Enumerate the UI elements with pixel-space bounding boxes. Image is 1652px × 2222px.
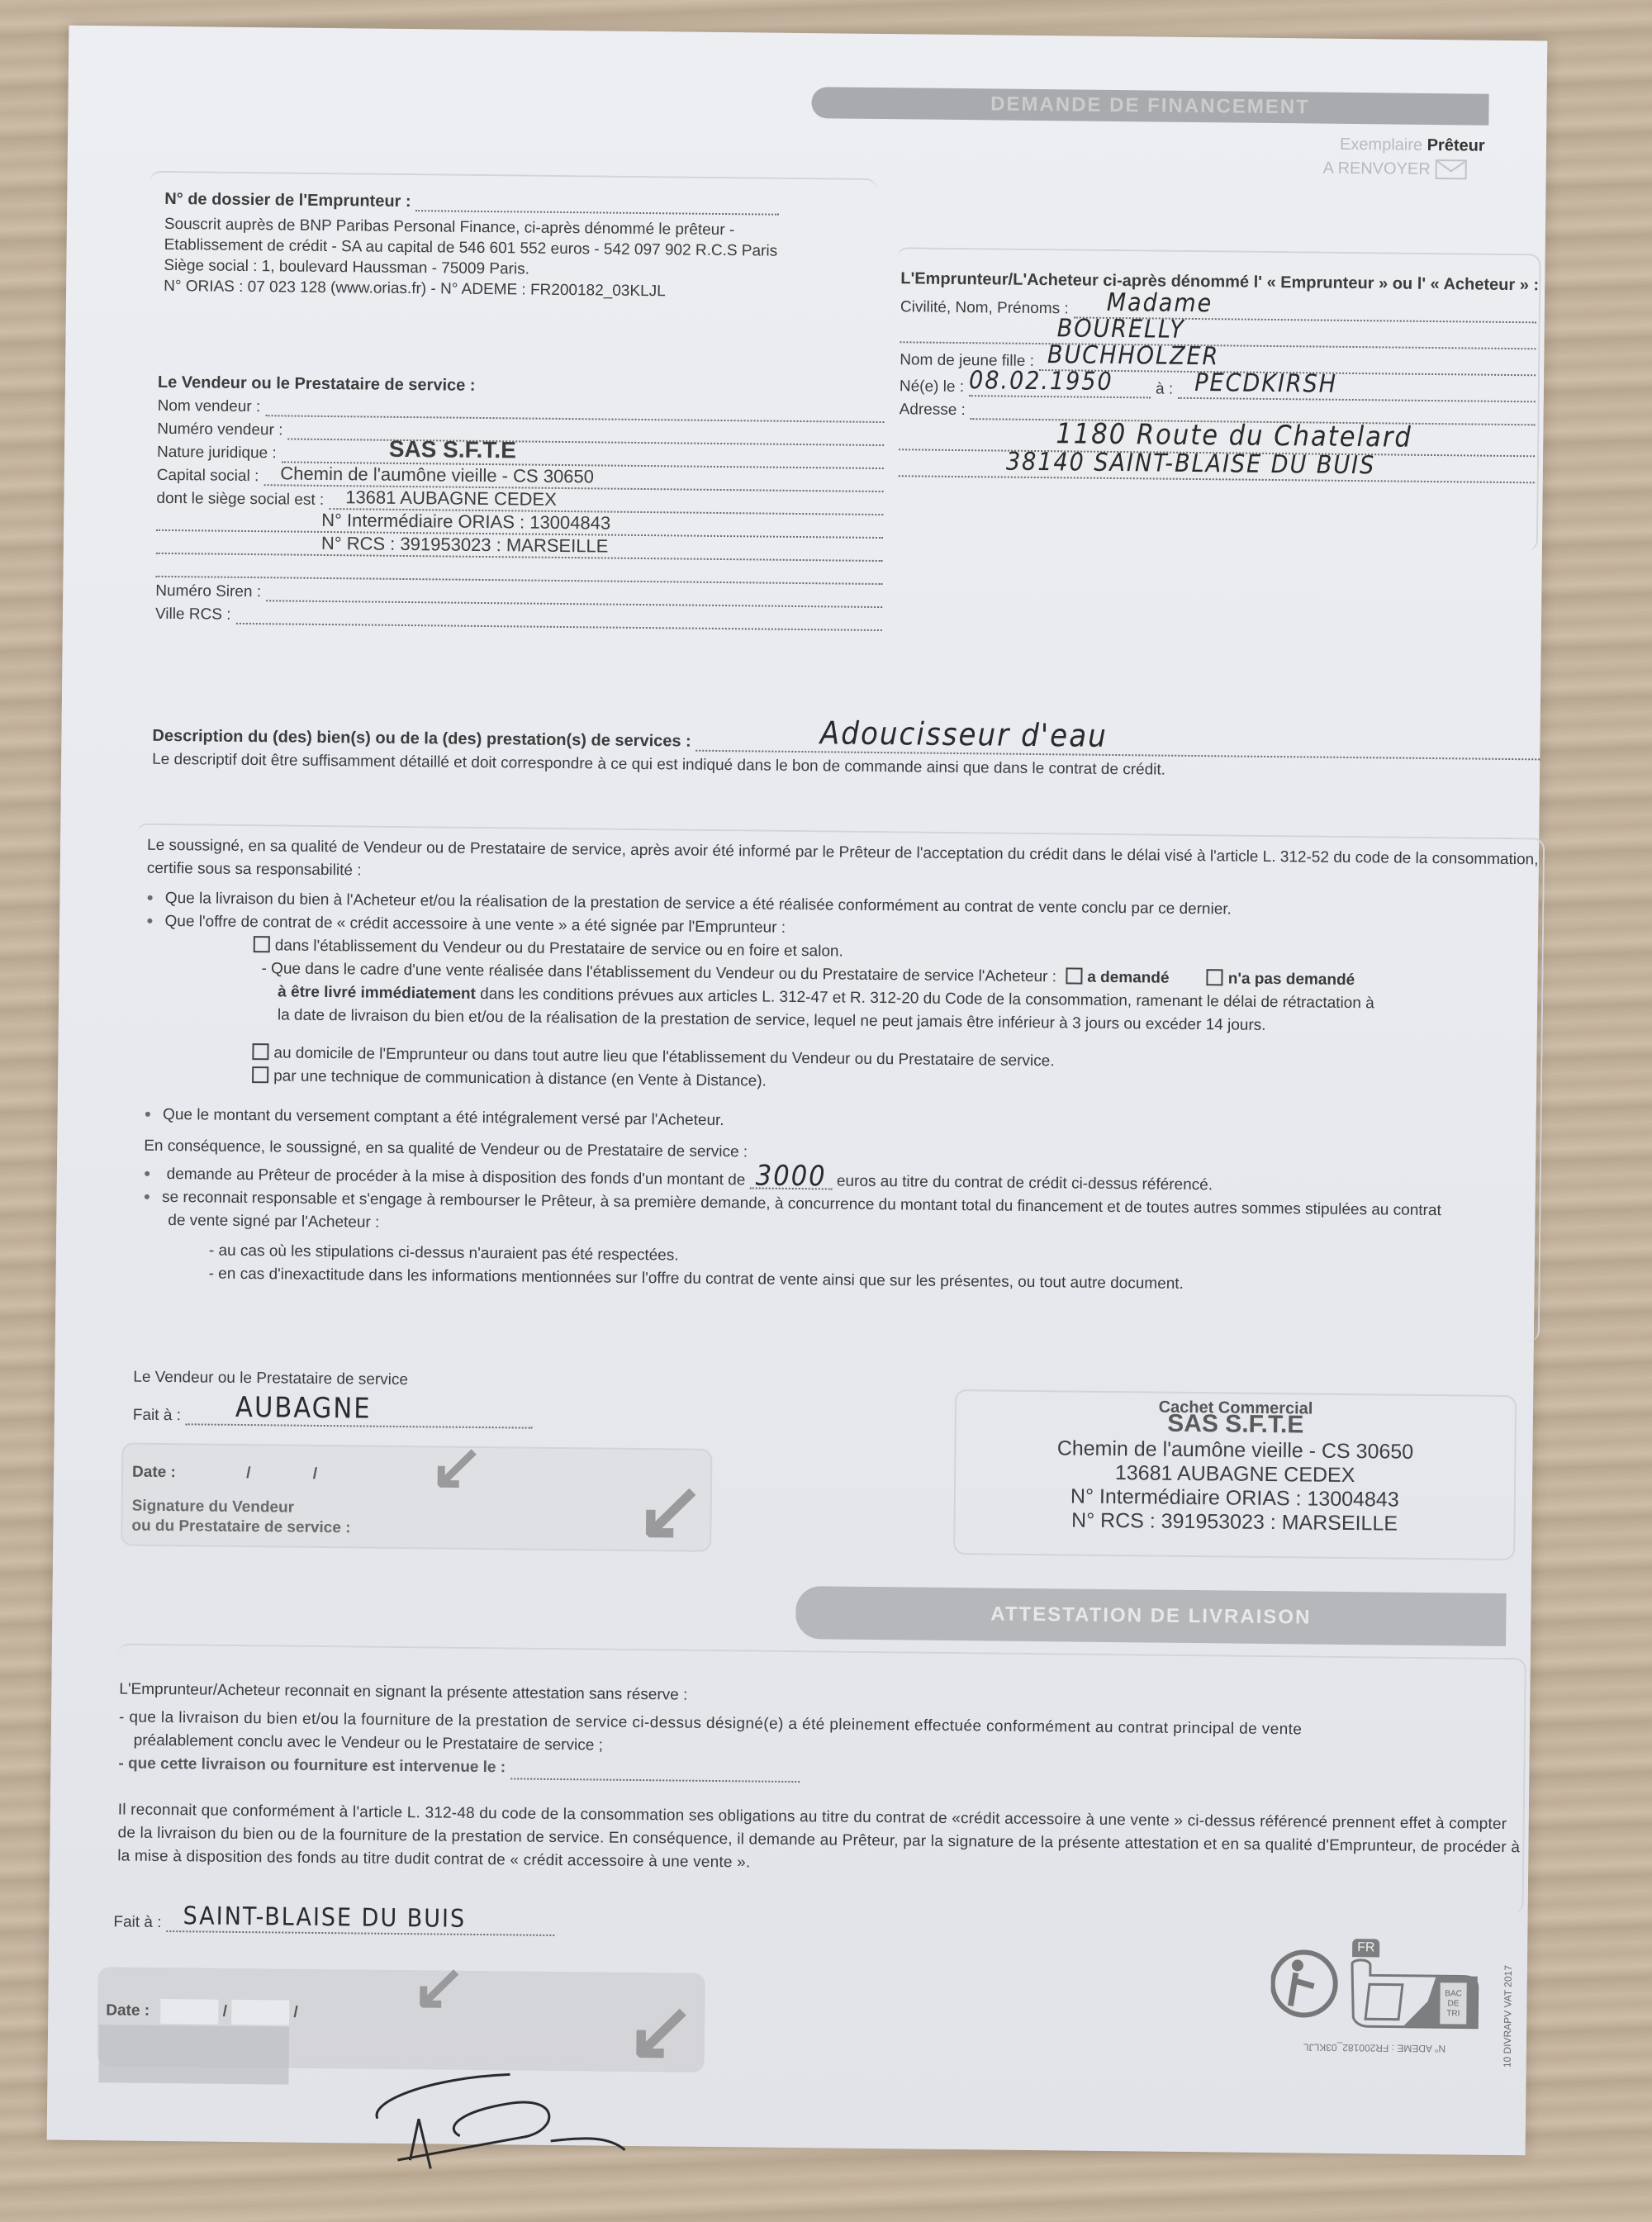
recycling-logos: FR BAC DE TRI	[1270, 1938, 1486, 2039]
checkbox-requested[interactable]	[1066, 967, 1082, 984]
title-bar: DEMANDE DE FINANCEMENT	[811, 87, 1488, 126]
arrow-down-left-icon: ↙	[626, 1989, 696, 2072]
description-block: Description du (des) bien(s) ou de la (d…	[152, 708, 1540, 784]
borrower-done-at-field[interactable]: SAINT-BLAISE DU BUIS	[166, 1902, 554, 1936]
lender-block: N° de dossier de l'Emprunteur : Souscrit…	[164, 190, 875, 304]
borrower-done-at: Fait à : SAINT-BLAISE DU BUIS	[113, 1901, 554, 1936]
seller-field-label: dont le siège social est :	[156, 490, 324, 510]
commercial-stamp: Cachet Commercial SAS S.F.T.E Chemin de …	[953, 1396, 1517, 1537]
checkbox-establishment[interactable]	[254, 936, 270, 952]
file-number-label: N° de dossier de l'Emprunteur :	[164, 190, 411, 211]
sorting-bin-icon: BAC DE TRI	[1440, 1989, 1466, 2019]
arrow-down-left-icon: ↙	[411, 1954, 466, 2019]
seller-field-label: Nom vendeur :	[158, 397, 261, 416]
birth-date-field[interactable]: 08.02.1950	[969, 366, 1151, 398]
seller-field-label: Numéro vendeur :	[157, 420, 282, 440]
seller-field-label: Numéro Siren :	[155, 582, 261, 601]
checkbox-distance[interactable]	[252, 1066, 268, 1083]
arrow-down-left-icon: ↙	[430, 1433, 484, 1498]
amount-field[interactable]: 3000	[750, 1164, 833, 1189]
birth-place-label: à :	[1156, 380, 1173, 398]
return-label: A RENVOYER	[1323, 159, 1467, 180]
date-separator: /	[246, 1465, 251, 1482]
seller-done-at-label: Fait à :	[133, 1407, 181, 1426]
shaded-block	[98, 2025, 289, 2084]
certification-block: Le soussigné, en sa qualité de Vendeur o…	[142, 834, 1543, 1300]
checkbox-home[interactable]	[252, 1043, 268, 1060]
borrower-signature	[360, 2069, 658, 2180]
signature-label-2: ou du Prestataire de service :	[131, 1517, 350, 1539]
description-label: Description du (des) bien(s) ou de la (d…	[152, 727, 691, 752]
seller-signature-block: Le Vendeur ou le Prestataire de service …	[133, 1369, 596, 1430]
birth-date-label: Né(e) le :	[900, 377, 964, 396]
return-text: A RENVOYER	[1323, 159, 1431, 178]
envelope-icon	[1436, 159, 1467, 179]
delivery-date-label: - que cette livraison ou fourniture est …	[118, 1752, 506, 1779]
delivery-date-field[interactable]	[510, 1778, 800, 1783]
request-suffix: euros au titre du contrat de crédit ci-d…	[837, 1173, 1213, 1194]
borrower-done-at-label: Fait à :	[113, 1913, 161, 1932]
borrower-block: L'Emprunteur/L'Acheteur ci-après dénommé…	[899, 269, 1537, 483]
option-not-requested-label: n'a pas demandé	[1228, 970, 1355, 989]
immediate-bold: à être livré immédiatement	[278, 983, 476, 1003]
form-code: 10 DIVRAPV VAT 2017	[1502, 1965, 1514, 2068]
file-number-field[interactable]	[415, 210, 779, 216]
birth-place-field[interactable]: PECDKIRSH	[1178, 368, 1536, 403]
borrower-date: Date : / /	[106, 1998, 298, 2025]
title-bar-text: DEMANDE DE FINANCEMENT	[990, 93, 1310, 119]
signature-label-1: Signature du Vendeur	[132, 1497, 351, 1519]
seller-heading: Le Vendeur ou le Prestataire de service …	[158, 373, 476, 395]
lender-info: Souscrit auprès de BNP Paribas Personal …	[164, 214, 875, 304]
delivery-paragraph: Il reconnait que conformément à l'articl…	[117, 1798, 1522, 1883]
seller-field-label: Ville RCS :	[155, 605, 231, 624]
delivery-title-bar: ATTESTATION DE LIVRAISON	[795, 1586, 1507, 1646]
arrow-down-left-icon: ↙	[635, 1469, 705, 1552]
option-requested-label: a demandé	[1087, 969, 1169, 987]
copy-label: Exemplaire Prêteur	[1340, 135, 1485, 156]
description-field[interactable]: Adoucisseur d'eau	[696, 714, 1540, 761]
seller-date: Date : / /	[132, 1464, 317, 1484]
copy-label-prefix: Exemplaire	[1340, 135, 1422, 154]
request-prefix: demande au Prêteur de procéder à la mise…	[167, 1166, 746, 1189]
delivery-block: L'Emprunteur/Acheteur reconnait en signa…	[117, 1678, 1523, 1883]
copy-label-lender: Prêteur	[1427, 136, 1485, 155]
delivery-title-text: ATTESTATION DE LIVRAISON	[990, 1602, 1311, 1629]
seller-done-at-field[interactable]: AUBAGNE	[186, 1390, 533, 1428]
seller-signature-heading: Le Vendeur ou le Prestataire de service	[133, 1369, 596, 1392]
certification-bullet: Que le montant du versement comptant a é…	[144, 1104, 1540, 1142]
seller-date-label: Date :	[132, 1464, 176, 1482]
seller-field-label: Nature juridique :	[157, 444, 277, 463]
date-separator: /	[293, 2004, 298, 2021]
document-page: DEMANDE DE FINANCEMENT Exemplaire Prêteu…	[47, 26, 1548, 2156]
ademe-footer: N° ADEME : FR200182_03KLJL	[1303, 2041, 1445, 2054]
seller-field-label: Capital social :	[157, 467, 259, 486]
seller-fields: Nom vendeur :Numéro vendeur :Nature juri…	[155, 392, 885, 631]
checkbox-not-requested[interactable]	[1207, 969, 1223, 985]
option-distance-label: par une technique de communication à dis…	[273, 1067, 767, 1090]
seller-block: Le Vendeur ou le Prestataire de service …	[155, 373, 885, 631]
fr-badge: FR	[1352, 1939, 1380, 1957]
option-establishment-label: dans l'établissement du Vendeur ou du Pr…	[275, 937, 843, 960]
borrower-date-label: Date :	[106, 2001, 150, 2020]
date-separator: /	[313, 1465, 318, 1483]
seller-signature-label: Signature du Vendeur ou du Prestataire d…	[131, 1497, 351, 1539]
date-separator: /	[223, 2003, 228, 2020]
